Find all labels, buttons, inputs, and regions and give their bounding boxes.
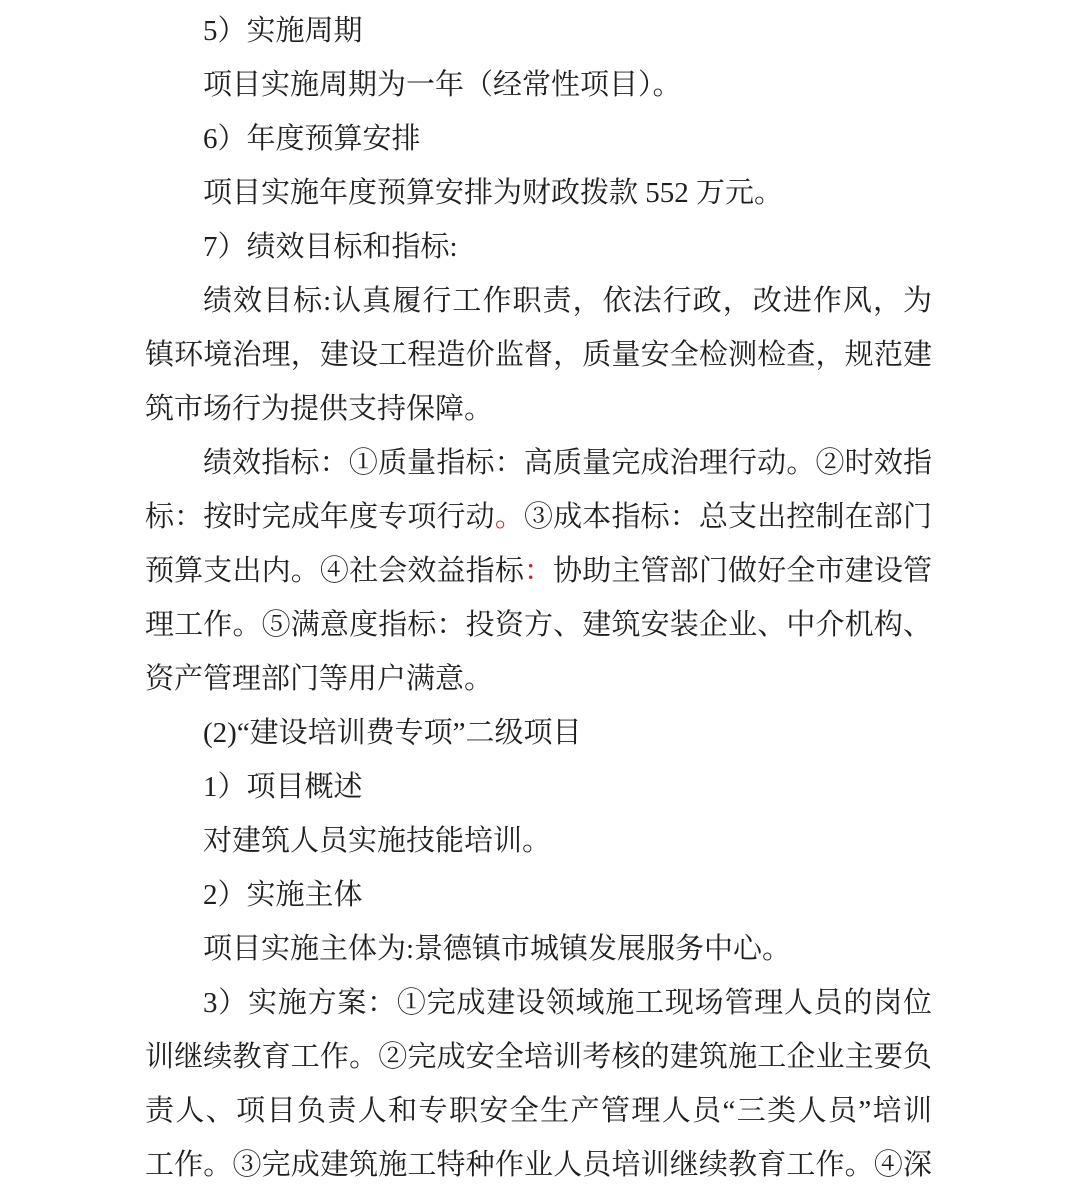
text-segment: 对建筑人员实施技能培训。	[203, 825, 551, 857]
text-segment: 7）绩效目标和指标:	[203, 231, 458, 263]
text-segment: 标：按时完成年度专项行动	[145, 501, 495, 533]
text-line: 项目实施主体为:景德镇市城镇发展服务中心。	[145, 922, 932, 976]
text-line: 资产管理部门等用户满意。	[145, 652, 932, 706]
document-text-block: 5）实施周期项目实施周期为一年（经常性项目）。6）年度预算安排项目实施年度预算安…	[145, 4, 932, 1192]
text-segment: 3）实施方案：①完成建设领域施工现场管理人员的岗位培	[145, 987, 932, 1030]
text-line: 7）绩效目标和指标:	[145, 220, 932, 274]
text-line: 镇环境治理，建设工程造价监督，质量安全检测检查，规范建	[145, 328, 932, 382]
red-highlighted-punctuation: 。	[495, 501, 524, 533]
text-line: 理工作。⑤满意度指标：投资方、建筑安装企业、中介机构、	[145, 598, 932, 652]
text-segment: 绩效指标：①质量指标：高质量完成治理行动。②时效指	[203, 447, 932, 479]
text-line: 责人、项目负责人和专职安全生产管理人员“三类人员”培训	[145, 1084, 932, 1138]
text-segment: 项目实施周期为一年（经常性项目）。	[203, 69, 682, 101]
text-line: 5）实施周期	[145, 4, 932, 58]
text-segment: 责人、项目负责人和专职安全生产管理人员“三类人员”培训	[145, 1095, 932, 1127]
text-segment: (2)“建设培训费专项”二级项目	[203, 717, 582, 749]
text-segment: 1）项目概述	[203, 771, 363, 803]
text-segment: 筑市场行为提供支持保障。	[145, 393, 493, 425]
text-segment: 资产管理部门等用户满意。	[145, 663, 493, 695]
text-line: 筑市场行为提供支持保障。	[145, 382, 932, 436]
text-line: 1）项目概述	[145, 760, 932, 814]
text-line: 3）实施方案：①完成建设领域施工现场管理人员的岗位培	[145, 976, 932, 1030]
text-segment: 项目实施主体为:景德镇市城镇发展服务中心。	[203, 933, 791, 965]
text-segment: 6）年度预算安排	[203, 123, 421, 155]
text-line: 预算支出内。④社会效益指标：协助主管部门做好全市建设管	[145, 544, 932, 598]
text-line: 训继续教育工作。②完成安全培训考核的建筑施工企业主要负	[145, 1030, 932, 1084]
text-segment: 绩效目标:认真履行工作职责，依法行政，改进作风，为城	[145, 285, 932, 328]
text-segment: 项目实施年度预算安排为财政拨款 552 万元。	[203, 177, 783, 209]
text-segment: 理工作。⑤满意度指标：投资方、建筑安装企业、中介机构、	[145, 609, 932, 641]
text-segment: 预算支出内。④社会效益指标	[145, 555, 524, 587]
text-line: 标：按时完成年度专项行动。③成本指标：总支出控制在部门	[145, 490, 932, 544]
text-line: 2）实施主体	[145, 868, 932, 922]
text-segment: 协助主管部门做好全市建设管	[553, 555, 932, 587]
text-line: 项目实施年度预算安排为财政拨款 552 万元。	[145, 166, 932, 220]
text-segment: 5）实施周期	[203, 15, 363, 47]
text-line: 绩效目标:认真履行工作职责，依法行政，改进作风，为城	[145, 274, 932, 328]
text-line: (2)“建设培训费专项”二级项目	[145, 706, 932, 760]
text-segment: 工作。③完成建筑施工特种作业人员培训继续教育工作。④深	[145, 1149, 932, 1181]
text-segment: 2）实施主体	[203, 879, 363, 911]
text-segment: 训继续教育工作。②完成安全培训考核的建筑施工企业主要负	[145, 1041, 932, 1073]
text-line: 项目实施周期为一年（经常性项目）。	[145, 58, 932, 112]
text-segment: ③成本指标：总支出控制在部门	[524, 501, 932, 533]
document-page: 5）实施周期项目实施周期为一年（经常性项目）。6）年度预算安排项目实施年度预算安…	[0, 0, 1074, 1197]
text-line: 6）年度预算安排	[145, 112, 932, 166]
text-line: 绩效指标：①质量指标：高质量完成治理行动。②时效指	[145, 436, 932, 490]
text-line: 工作。③完成建筑施工特种作业人员培训继续教育工作。④深	[145, 1138, 932, 1192]
text-segment: 镇环境治理，建设工程造价监督，质量安全检测检查，规范建	[145, 339, 932, 371]
red-highlighted-punctuation: ：	[524, 555, 553, 587]
text-line: 对建筑人员实施技能培训。	[145, 814, 932, 868]
